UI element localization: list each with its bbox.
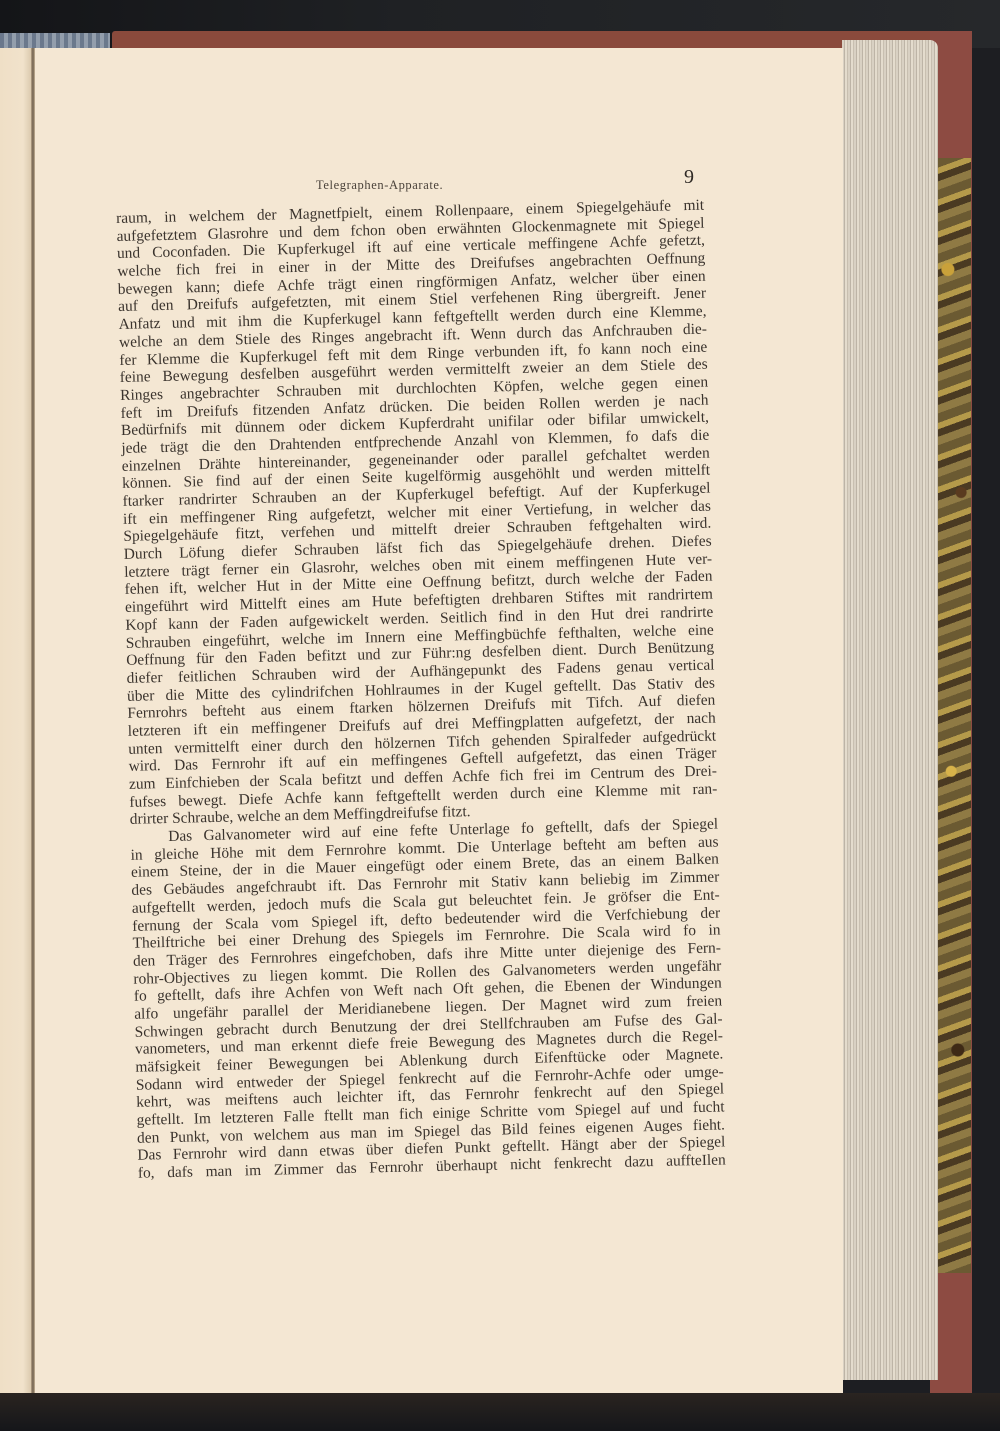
running-head: Telegraphen-Apparate. [316,178,443,193]
spine-binding-thread [0,33,110,49]
scan-background-bottom [0,1393,1000,1431]
body-text: raum, in welchem der Magnetfpielt, einem… [116,197,726,1201]
marbled-endpaper-strip [938,158,971,1273]
page-block-edges [842,40,938,1380]
page-number: 9 [684,166,694,189]
facing-left-page [0,48,33,1393]
